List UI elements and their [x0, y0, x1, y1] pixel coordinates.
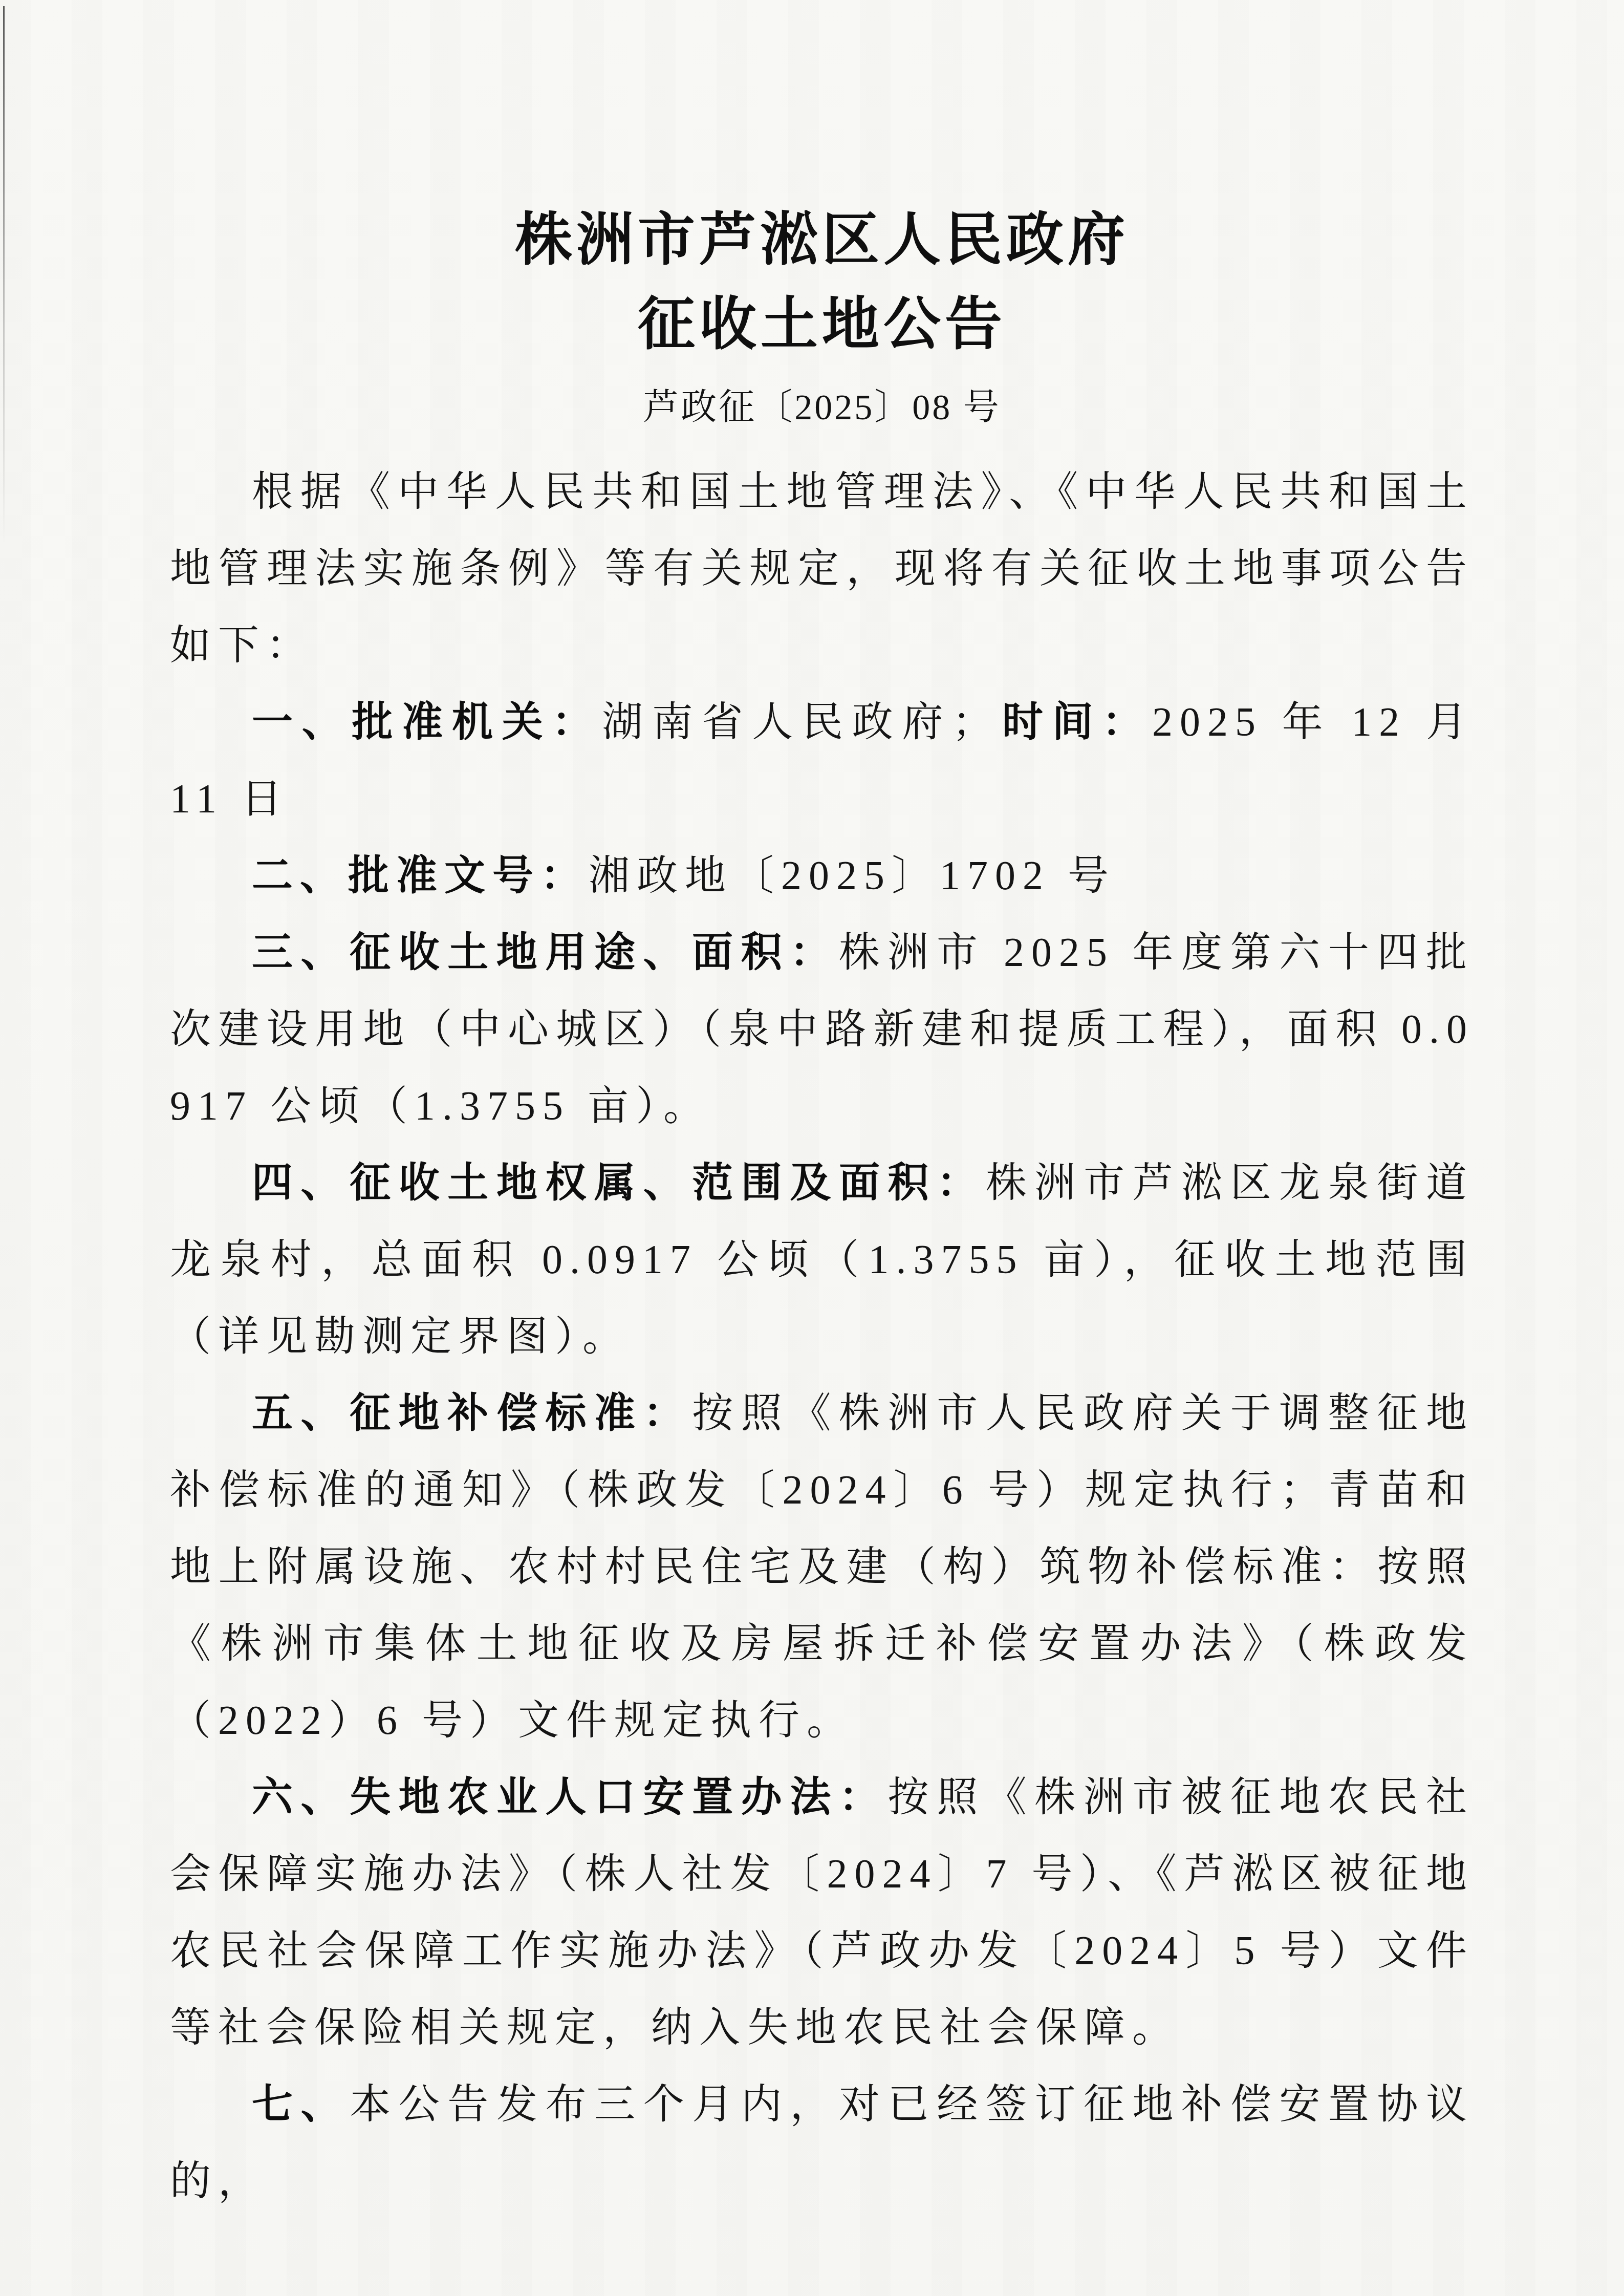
paragraph-intro: 根据《中华人民共和国土地管理法》、《中华人民共和国土地管理法实施条例》等有关规定… [170, 454, 1474, 684]
item-3-label: 三、征收土地用途、面积： [252, 930, 839, 975]
scan-edge-artifact [3, 6, 5, 544]
paragraph-item-7: 七、本公告发布三个月内，对已经签订征地补偿安置协议的， [170, 2066, 1474, 2220]
item-1-time-label: 时间： [1000, 700, 1152, 745]
item-1-label: 一、批准机关： [252, 700, 602, 745]
item-5-label: 五、征地补偿标准： [252, 1391, 692, 1436]
document-number: 芦政征〔2025〕08 号 [170, 383, 1474, 433]
paragraph-item-2: 二、批准文号：湘政地〔2025〕1702 号 [170, 838, 1474, 914]
paragraph-item-5: 五、征地补偿标准：按照《株洲市人民政府关于调整征地补偿标准的通知》（株政发〔20… [170, 1375, 1474, 1759]
title-line-2: 征收土地公告 [170, 283, 1474, 368]
document-title: 株洲市芦淞区人民政府征收土地公告 [170, 199, 1474, 368]
text-segment: 按照《株洲市人民政府关于调整征地补偿标准的通知》（株政发〔2024〕6 号）规定… [170, 1391, 1474, 1743]
title-line-1: 株洲市芦淞区人民政府 [170, 199, 1474, 283]
paragraph-item-6: 六、失地农业人口安置办法：按照《株洲市被征地农民社会保障实施办法》（株人社发〔2… [170, 1759, 1474, 2066]
text-segment: 湖南省人民政府； [602, 700, 1000, 745]
paragraph-item-3: 三、征收土地用途、面积：株洲市 2025 年度第六十四批次建设用地（中心城区）（… [170, 914, 1474, 1145]
text-segment: 根据《中华人民共和国土地管理法》、《中华人民共和国土地管理法实施条例》等有关规定… [170, 469, 1474, 668]
item-7-label: 七、 [252, 2082, 350, 2127]
text-segment: 本公告发布三个月内，对已经签订征地补偿安置协议的， [170, 2082, 1474, 2204]
item-2-label: 二、批准文号： [252, 853, 589, 898]
item-6-label: 六、失地农业人口安置办法： [252, 1775, 888, 1820]
document-content: 株洲市芦淞区人民政府征收土地公告 芦政征〔2025〕08 号 根据《中华人民共和… [170, 199, 1474, 2220]
item-4-label: 四、征收土地权属、范围及面积： [252, 1161, 986, 1206]
paragraph-item-4: 四、征收土地权属、范围及面积：株洲市芦淞区龙泉街道龙泉村，总面积 0.0917 … [170, 1145, 1474, 1375]
paragraph-item-1: 一、批准机关：湖南省人民政府；时间：2025 年 12 月 11 日 [170, 684, 1474, 838]
scanned-document-page: { "colors": { "paper": "#f7f7f4", "ink":… [0, 0, 1624, 2296]
document-body: 根据《中华人民共和国土地管理法》、《中华人民共和国土地管理法实施条例》等有关规定… [170, 454, 1474, 2220]
text-segment: 湘政地〔2025〕1702 号 [589, 853, 1116, 898]
